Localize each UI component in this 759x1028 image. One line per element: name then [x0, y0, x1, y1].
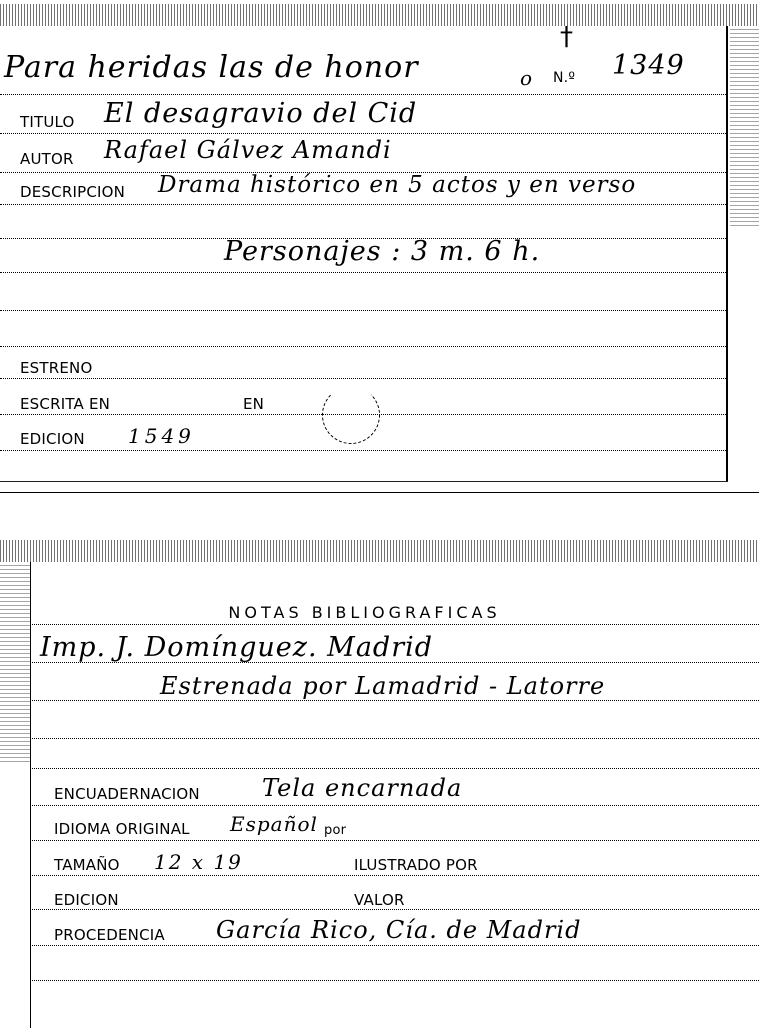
catalog-card-front: Para heridas las de honor o † N.º 1349 T… — [0, 26, 728, 492]
valor-label: VALOR — [354, 891, 405, 909]
ruled-line — [0, 272, 728, 273]
descripcion-label: DESCRIPCION — [20, 183, 125, 201]
ruled-line — [30, 700, 759, 701]
titulo-label: TITULO — [20, 113, 75, 131]
catalog-card-back: NOTAS BIBLIOGRAFICAS Imp. J. Domínguez. … — [30, 562, 759, 1028]
idioma-original-label: IDIOMA ORIGINAL — [54, 820, 190, 838]
ruled-line — [30, 875, 759, 876]
idioma-por-label: por — [324, 823, 346, 838]
scan-noise-top — [0, 4, 759, 26]
autor-label: AUTOR — [20, 150, 74, 168]
escrita-en-label: ESCRITA EN — [20, 395, 110, 413]
scan-noise-middle — [0, 540, 759, 562]
note-line-1: Imp. J. Domínguez. Madrid — [40, 632, 433, 663]
scan-noise-left — [0, 562, 30, 762]
library-stamp — [322, 386, 380, 444]
ruled-line — [0, 94, 728, 95]
en-label: EN — [243, 395, 264, 413]
edicion-value: 1549 — [128, 424, 195, 448]
descripcion-value: Drama histórico en 5 actos y en verso — [158, 172, 636, 198]
ruled-line — [30, 945, 759, 946]
edicion-label: EDICION — [20, 430, 85, 448]
ruled-line — [30, 624, 759, 625]
procedencia-value: García Rico, Cía. de Madrid — [216, 916, 581, 944]
encuadernacion-value: Tela encarnada — [262, 774, 462, 802]
encuadernacion-label: ENCUADERNACION — [54, 785, 200, 803]
ruled-line — [30, 909, 759, 910]
ilustrado-por-label: ILUSTRADO POR — [354, 856, 478, 874]
tamano-label: TAMAÑO — [54, 856, 120, 874]
autor-value: Rafael Gálvez Amandi — [104, 136, 392, 164]
procedencia-label: PROCEDENCIA — [54, 926, 165, 944]
card-border — [30, 562, 31, 1028]
ruled-line — [0, 378, 728, 379]
ruled-line — [0, 481, 728, 482]
idioma-original-value: Español — [230, 812, 318, 836]
ruled-line — [0, 414, 728, 415]
ruled-line — [30, 805, 759, 806]
catalog-number: 1349 — [612, 50, 685, 81]
card-divider — [0, 492, 759, 493]
number-label: N.º — [553, 70, 575, 86]
note-line-2: Estrenada por Lamadrid - Latorre — [160, 672, 605, 700]
ruled-line — [30, 840, 759, 841]
ruled-line — [0, 133, 728, 134]
ruled-line — [0, 310, 728, 311]
header-mark: o — [520, 66, 533, 90]
estreno-label: ESTRENO — [20, 359, 93, 377]
edicion-label: EDICION — [54, 891, 119, 909]
ruled-line — [30, 980, 759, 981]
ruled-line — [30, 662, 759, 663]
personajes-value: Personajes : 3 m. 6 h. — [224, 236, 540, 267]
header-handwritten-title: Para heridas las de honor — [4, 50, 419, 85]
scan-noise-right — [730, 26, 759, 226]
ruled-line — [0, 346, 728, 347]
ruled-line — [0, 450, 728, 451]
ruled-line — [30, 738, 759, 739]
tamano-value: 12 x 19 — [154, 850, 243, 874]
cross-icon: † — [560, 22, 573, 52]
notes-heading: NOTAS BIBLIOGRAFICAS — [0, 603, 759, 622]
ruled-line — [30, 768, 759, 769]
ruled-line — [0, 204, 728, 205]
titulo-value: El desagravio del Cid — [104, 98, 417, 129]
